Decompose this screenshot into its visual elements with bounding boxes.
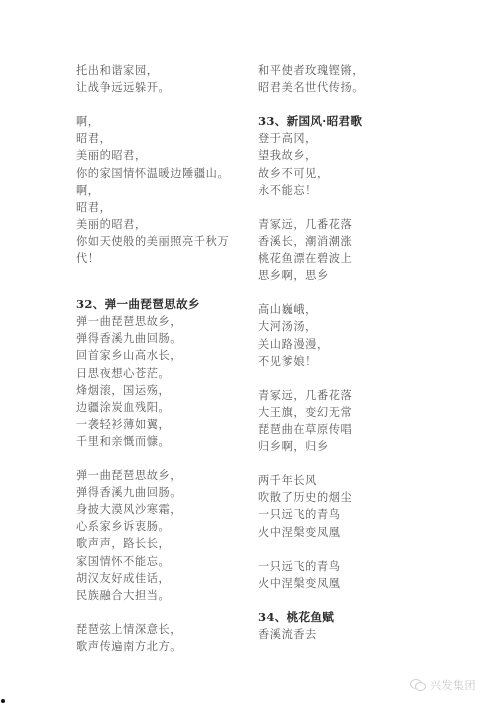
poem-line: 昭君美名世代传扬。 (258, 79, 433, 96)
poem-line: 代！ (76, 250, 251, 267)
poem-line: 一只远飞的青鸟 (258, 558, 433, 575)
poem-line: 啊， (76, 182, 251, 199)
poem-line: 琵琶弦上情深意长， (76, 621, 251, 638)
watermark-text: 兴发集团 (430, 677, 476, 693)
poem-line: 昭君， (76, 130, 251, 147)
poem-line: 关山路漫漫， (258, 336, 433, 353)
poem-line: 昭君， (76, 199, 251, 216)
poem-line: 心系家乡诉衷肠。 (76, 518, 251, 535)
poem-line: 美丽的昭君， (76, 147, 251, 164)
poem-line: 不见爹娘！ (258, 353, 433, 370)
poem-line: 一袭轻衫薄如翼， (76, 416, 251, 433)
poem-line: 你的家国情怀温暖边陲疆山。 (76, 165, 251, 182)
section-title: 34、桃花鱼赋 (258, 609, 433, 626)
poem-line: 千里和亲慨而慷。 (76, 433, 251, 450)
poem-line: 归乡啊，归乡 (258, 438, 433, 455)
poem-line: 琵琶曲在草原传唱 (258, 421, 433, 438)
poem-line: 香溪长，潮消潮涨 (258, 233, 433, 250)
stanza: 和平使者玫瑰铿锵， 昭君美名世代传扬。 (258, 62, 433, 96)
poem-line: 民族融合大担当。 (76, 587, 251, 604)
poem-line: 你如天使般的美丽照亮千秋万 (76, 233, 251, 250)
poem-line: 望我故乡， (258, 147, 433, 164)
right-column: 和平使者玫瑰铿锵， 昭君美名世代传扬。 33、新国风·昭君歌 登于高冈， 望我故… (258, 62, 433, 643)
section-title: 33、新国风·昭君歌 (258, 113, 433, 130)
poem-line: 让战争远远躲开。 (76, 79, 251, 96)
poem-line: 永不能忘！ (258, 182, 433, 199)
poem-line: 身披大漠风沙寒霜， (76, 501, 251, 518)
poem-line: 歌声传遍南方北方。 (76, 638, 251, 655)
poem-line: 一只远飞的青鸟 (258, 506, 433, 523)
poem-line: 火中涅槃变凤凰 (258, 524, 433, 541)
poem-line: 日思夜想心苍茫。 (76, 365, 251, 382)
poem-line: 大王旗，变幻无常 (258, 404, 433, 421)
poem-line: 歌声声，路长长， (76, 535, 251, 552)
poem-line: 弹一曲琵琶思故乡， (76, 313, 251, 330)
wechat-icon (410, 679, 426, 691)
poem-line: 登于高冈， (258, 130, 433, 147)
document-page: 托出和谐家园， 让战争远远躲开。 啊， 昭君， 美丽的昭君， 你的家国情怀温暖边… (0, 0, 499, 706)
left-column: 托出和谐家园， 让战争远远躲开。 啊， 昭君， 美丽的昭君， 你的家国情怀温暖边… (76, 62, 251, 655)
watermark: 兴发集团 (410, 677, 476, 693)
poem-line: 两千年长风 (258, 472, 433, 489)
poem-line: 边疆涂炭血残阳。 (76, 399, 251, 416)
poem-line: 回首家乡山高水长， (76, 347, 251, 364)
poem-line: 烽烟滚，国运殇， (76, 382, 251, 399)
poem-line: 弹一曲琵琶思故乡， (76, 467, 251, 484)
poem-line: 家国情怀不能忘。 (76, 553, 251, 570)
poem-line: 托出和谐家园， (76, 62, 251, 79)
poem-line: 香溪流香去 (258, 626, 433, 643)
section-33: 33、新国风·昭君歌 登于高冈， 望我故乡， 故乡不可见， 永不能忘！ 青冢远，… (258, 113, 433, 592)
poem-line: 大河汤汤， (258, 318, 433, 335)
section-34: 34、桃花鱼赋 香溪流香去 (258, 609, 433, 643)
poem-line: 桃花鱼漂在碧波上 (258, 250, 433, 267)
poem-line: 吹散了历史的烟尘 (258, 489, 433, 506)
poem-line: 和平使者玫瑰铿锵， (258, 62, 433, 79)
poem-line: 美丽的昭君， (76, 216, 251, 233)
stanza: 啊， 昭君， 美丽的昭君， 你的家国情怀温暖边陲疆山。 啊， 昭君， 美丽的昭君… (76, 113, 251, 267)
bullet-dot (1, 699, 5, 703)
poem-line: 青冢远，几番花落 (258, 216, 433, 233)
section-32: 32、弹一曲琵琶思故乡 弹一曲琵琶思故乡， 弹得香溪九曲回肠。 回首家乡山高水长… (76, 296, 251, 655)
poem-line: 青冢远，几番花落 (258, 387, 433, 404)
section-title: 32、弹一曲琵琶思故乡 (76, 296, 251, 313)
stanza: 托出和谐家园， 让战争远远躲开。 (76, 62, 251, 96)
poem-line: 啊， (76, 113, 251, 130)
poem-line: 故乡不可见， (258, 165, 433, 182)
poem-line: 火中涅槃变凤凰 (258, 575, 433, 592)
poem-line: 弹得香溪九曲回肠。 (76, 484, 251, 501)
poem-line: 思乡啊，思乡 (258, 267, 433, 284)
poem-line: 弹得香溪九曲回肠。 (76, 330, 251, 347)
poem-line: 胡汉友好成佳话， (76, 570, 251, 587)
poem-line: 高山巍峨， (258, 301, 433, 318)
